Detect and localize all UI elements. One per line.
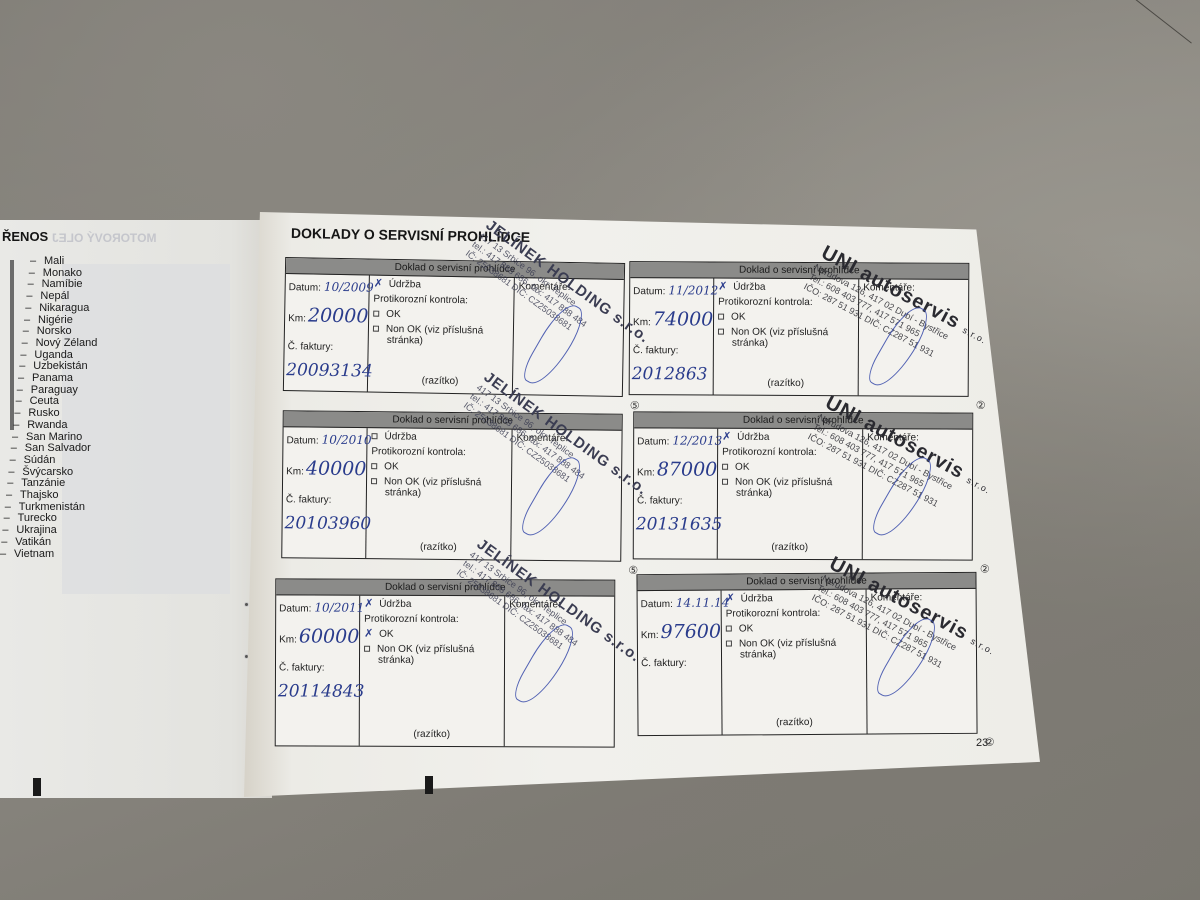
km-value: 20000: [308, 304, 369, 327]
record-checks-column: ✗Údržba Protikorozní kontrola: OK Non OK…: [714, 279, 860, 396]
invoice-value: 20103960: [284, 513, 371, 534]
ok-checkbox[interactable]: [373, 311, 379, 317]
comments-label: Komentáře:: [516, 433, 617, 445]
km-label: Km:: [286, 466, 304, 477]
ok-label: OK: [739, 623, 754, 634]
comments-label: Komentáře:: [519, 281, 620, 294]
invoice-value: 20093134: [286, 360, 373, 382]
left-page: MOTOROVÝ OLEJ ŘENOS –Mali–Monako–Namíbie…: [0, 220, 272, 798]
stamp-label: (razítko): [366, 541, 510, 554]
country-name: Ceuta: [30, 395, 59, 407]
km-value: 74000: [653, 308, 714, 330]
country-name: Švýcarsko: [22, 466, 73, 478]
comments-label: Komentáře:: [867, 432, 968, 443]
corrosion-check-label: Protikorozní kontrola:: [373, 294, 509, 307]
datum-label: Datum:: [289, 282, 321, 294]
non-ok-label: Non OK (viz příslušná: [731, 327, 828, 339]
record-checks-column: ✗Údržba Protikorozní kontrola: OK Non OK…: [718, 429, 863, 560]
ok-checkbox[interactable]: [722, 464, 728, 470]
maintenance-label: Údržba: [733, 282, 765, 293]
invoice-label: Č. faktury:: [637, 495, 683, 506]
record-info-column: Datum:14.11.14 Km:97600 Č. faktury:: [638, 591, 723, 736]
stamp-label: (razítko): [360, 729, 504, 741]
ok-checkbox[interactable]: [726, 626, 732, 632]
record-info-column: Datum:10/2009 Km:20000 Č. faktury: 20093…: [284, 274, 370, 391]
invoice-label: Č. faktury:: [288, 341, 334, 353]
maintenance-checkbox[interactable]: ✗: [718, 284, 726, 290]
datum-label: Datum:: [641, 599, 673, 610]
ok-checkbox[interactable]: ✗: [364, 631, 372, 637]
datum-label: Datum:: [286, 435, 318, 446]
datum-value: 11/2012: [668, 283, 718, 297]
maintenance-checkbox[interactable]: ✗: [722, 434, 730, 440]
record-checks-column: ✗Údržba Protikorozní kontrola: OK Non OK…: [722, 590, 868, 735]
country-name: Norsko: [37, 325, 72, 337]
ok-label: OK: [731, 312, 746, 323]
maintenance-label: Údržba: [384, 431, 416, 442]
country-name: Nepál: [40, 290, 69, 302]
corrosion-check-label: Protikorozní kontrola:: [722, 447, 858, 458]
country-name: Paraguay: [31, 384, 78, 396]
km-label: Km:: [288, 313, 306, 324]
maintenance-checkbox[interactable]: ✗: [726, 596, 734, 602]
circled-number: ②: [980, 563, 990, 576]
non-ok-label-cont: stránka): [726, 649, 862, 661]
non-ok-label-cont: stránka): [364, 655, 500, 666]
non-ok-checkbox[interactable]: [726, 641, 732, 647]
datum-value: 10/2011: [314, 601, 364, 615]
circled-number: ②: [976, 399, 986, 412]
non-ok-label: Non OK (viz příslušná: [377, 644, 474, 655]
page-tab-marker: [425, 776, 433, 794]
km-label: Km:: [641, 630, 659, 641]
service-record-5: Doklad o servisní prohlídce Datum:10/201…: [275, 578, 616, 747]
ok-label: OK: [735, 462, 749, 473]
floor-crack: [1128, 0, 1192, 44]
country-name: Uzbekistán: [33, 360, 87, 372]
country-name: San Salvador: [25, 442, 91, 454]
country-list: –Mali–Monako–Namíbie–Nepál–Nikaragua–Nig…: [0, 256, 97, 560]
invoice-label: Č. faktury:: [286, 494, 332, 505]
country-name: Rusko: [28, 407, 59, 419]
binding-staple: [244, 602, 249, 607]
ok-checkbox[interactable]: [718, 314, 724, 320]
record-info-column: Datum:11/2012 Km:74000 Č. faktury: 20128…: [630, 278, 715, 394]
invoice-value: 20131635: [636, 514, 723, 534]
stamp-label: (razítko): [722, 717, 866, 729]
datum-value: 12/2013: [672, 434, 722, 448]
country-name: San Marino: [26, 431, 82, 443]
maintenance-label: Údržba: [389, 279, 421, 291]
km-value: 97600: [661, 621, 722, 643]
km-label: Km:: [633, 317, 651, 328]
country-name: Nikaragua: [39, 302, 89, 314]
left-page-heading: ŘENOS: [2, 229, 48, 244]
ok-checkbox[interactable]: [371, 464, 377, 470]
invoice-value: 20114843: [278, 681, 365, 701]
km-label: Km:: [637, 467, 655, 478]
country-name: Turecko: [18, 512, 57, 524]
non-ok-label-cont: stránka): [373, 335, 509, 348]
invoice-label: Č. faktury:: [633, 345, 679, 356]
country-name: Súdán: [24, 454, 56, 466]
ok-label: OK: [379, 629, 393, 640]
record-header: Doklad o servisní prohlídce: [276, 579, 614, 596]
non-ok-checkbox[interactable]: [722, 479, 728, 485]
maintenance-label: Údržba: [741, 593, 773, 604]
non-ok-label: Non OK (viz příslušná: [739, 638, 836, 650]
record-header: Doklad o servisní prohlídce: [630, 262, 968, 280]
record-info-column: Datum:12/2013 Km:87000 Č. faktury: 20131…: [634, 428, 718, 558]
country-name: Turkmenistán: [19, 501, 85, 513]
km-value: 40000: [306, 457, 367, 480]
record-header: Doklad o servisní prohlídce: [634, 412, 972, 429]
country-name: Mali: [44, 255, 64, 267]
comments-label: Komentáře:: [509, 599, 610, 610]
non-ok-label-cont: stránka): [718, 338, 854, 350]
page-tab-marker: [33, 778, 41, 796]
country-item: –Vietnam: [0, 549, 97, 561]
country-name: Panama: [32, 372, 73, 384]
invoice-label: Č. faktury:: [279, 662, 325, 673]
invoice-label: Č. faktury:: [641, 658, 687, 669]
circled-number: ⑤: [630, 399, 640, 412]
country-name: Nový Zéland: [36, 337, 98, 349]
datum-label: Datum:: [633, 286, 665, 297]
corrosion-check-label: Protikorozní kontrola:: [718, 297, 854, 309]
km-value: 60000: [299, 625, 360, 647]
country-name: Thajsko: [20, 489, 59, 501]
km-label: Km:: [279, 634, 297, 645]
country-name: Tanzánie: [21, 477, 65, 489]
record-checks-column: Údržba Protikorozní kontrola: OK Non OK …: [366, 428, 512, 560]
datum-label: Datum:: [279, 603, 311, 614]
maintenance-checkbox[interactable]: ✗: [364, 601, 372, 607]
record-info-column: Datum:10/2011 Km:60000 Č. faktury: 20114…: [276, 595, 361, 745]
corrosion-check-label: Protikorozní kontrola:: [364, 614, 500, 625]
record-comments-column: Komentáře:: [505, 596, 615, 746]
maintenance-label: Údržba: [379, 599, 411, 610]
country-name: Vatikán: [15, 536, 51, 548]
km-value: 87000: [657, 458, 718, 480]
stamp-label: (razítko): [718, 542, 862, 554]
record-checks-column: ✗Údržba Protikorozní kontrola: ✗OK Non O…: [360, 596, 506, 747]
non-ok-checkbox[interactable]: [364, 646, 370, 652]
datum-value: 10/2009: [324, 280, 374, 295]
non-ok-checkbox[interactable]: [371, 479, 377, 485]
ok-label: OK: [384, 461, 399, 472]
bleed-through-heading: MOTOROVÝ OLEJ: [52, 231, 156, 245]
comments-label: Komentáře:: [863, 282, 964, 294]
country-name: Vietnam: [14, 548, 54, 560]
ok-label: OK: [386, 309, 401, 320]
record-info-column: Datum:10/2010 Km:40000 Č. faktury: 20103…: [282, 427, 367, 558]
comments-label: Komentáře:: [871, 592, 972, 604]
country-name: Uganda: [34, 349, 73, 361]
country-name: Namíbie: [42, 278, 83, 290]
stamp-label: (razítko): [368, 375, 512, 389]
maintenance-checkbox[interactable]: [371, 434, 377, 440]
circled-number: ②: [985, 736, 995, 749]
corrosion-check-label: Protikorozní kontrola:: [726, 608, 862, 620]
maintenance-checkbox[interactable]: ✗: [374, 281, 382, 287]
non-ok-label: Non OK (viz příslušná: [735, 477, 832, 488]
invoice-value: 2012863: [632, 364, 708, 384]
non-ok-checkbox[interactable]: [718, 329, 724, 335]
non-ok-checkbox[interactable]: [373, 326, 379, 332]
non-ok-label-cont: stránka): [722, 488, 858, 499]
datum-value: 10/2010: [322, 433, 372, 448]
maintenance-label: Údržba: [737, 432, 769, 443]
stamp-label: (razítko): [714, 378, 858, 390]
non-ok-label-cont: stránka): [371, 487, 507, 499]
corrosion-check-label: Protikorozní kontrola:: [371, 446, 507, 458]
record-checks-column: ✗Údržba Protikorozní kontrola: OK Non OK…: [368, 276, 515, 395]
country-name: Nigérie: [38, 314, 73, 326]
country-name: Ukrajina: [16, 524, 56, 536]
country-name: Monako: [43, 267, 82, 279]
datum-label: Datum:: [637, 436, 669, 447]
country-name: Rwanda: [27, 419, 67, 431]
